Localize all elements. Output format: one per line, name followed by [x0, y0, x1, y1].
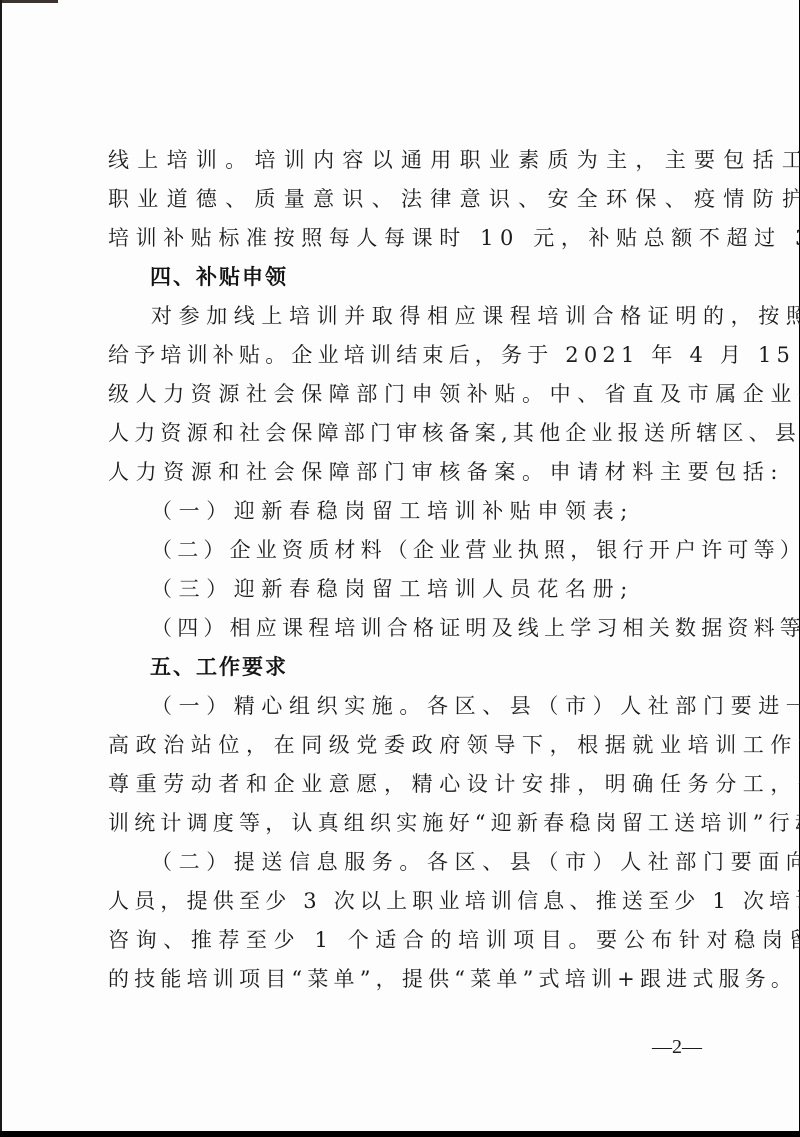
paragraph-line: 训统计调度等，认真组织实施好“迎新春稳岗留工送培训”行动。: [108, 804, 708, 843]
paragraph-line: 职业道德、质量意识、法律意识、安全环保、疫情防护等。线上: [108, 180, 708, 219]
scan-edge-artifact: [2, 0, 58, 3]
document-page: 线上培训。培训内容以通用职业素质为主，主要包括工匠精神、 职业道德、质量意识、法…: [0, 0, 799, 1131]
paragraph-line: 给予培训补贴。企业培训结束后，务于 2021 年 4 月 15 日前向各: [108, 336, 708, 375]
paragraph-line: 尊重劳动者和企业意愿，精心设计安排，明确任务分工，做好培: [108, 765, 708, 804]
paragraph-line: 人员，提供至少 3 次以上职业培训信息、推送至少 1 次培训政策: [108, 882, 708, 921]
page-number: —2—: [652, 1036, 702, 1059]
section-heading-subsidy-claim: 四、补贴申领: [108, 258, 708, 297]
paragraph-line: 高政治站位，在同级党委政府领导下，根据就业培训工作实际，: [108, 726, 708, 765]
section-heading-work-requirements: 五、工作要求: [108, 648, 708, 687]
paragraph-line: 人力资源和社会保障部门审核备案,其他企业报送所辖区、县(市): [108, 414, 708, 453]
paragraph-line: （一）精心组织实施。各区、县（市）人社部门要进一步提: [108, 687, 708, 726]
paragraph-line: 人力资源和社会保障部门审核备案。申请材料主要包括:: [108, 453, 708, 492]
paragraph-line: 培训补贴标准按照每人每课时 10 元，补贴总额不超过 300 元。: [108, 219, 708, 258]
paragraph-line: 咨询、推荐至少 1 个适合的培训项目。要公布针对稳岗留工人员: [108, 921, 708, 960]
list-item-qualification-materials: （二）企业资质材料（企业营业执照，银行开户许可等）;: [108, 531, 708, 570]
document-body: 线上培训。培训内容以通用职业素质为主，主要包括工匠精神、 职业道德、质量意识、法…: [108, 141, 708, 999]
list-item-certificates: （四）相应课程培训合格证明及线上学习相关数据资料等。: [108, 609, 708, 648]
paragraph-line: （二）提送信息服务。各区、县（市）人社部门要面向留岗: [108, 843, 708, 882]
paragraph-line: 对参加线上培训并取得相应课程培训合格证明的，按照规定: [108, 297, 708, 336]
paragraph-line: 级人力资源社会保障部门申领补贴。中、省直及市属企业报送市: [108, 375, 708, 414]
paragraph-line: 线上培训。培训内容以通用职业素质为主，主要包括工匠精神、: [108, 141, 708, 180]
paragraph-line: 的技能培训项目“菜单”，提供“菜单”式培训+跟进式服务。: [108, 960, 708, 999]
list-item-application-form: （一）迎新春稳岗留工培训补贴申领表;: [108, 492, 708, 531]
list-item-roster: （三）迎新春稳岗留工培训人员花名册;: [108, 570, 708, 609]
